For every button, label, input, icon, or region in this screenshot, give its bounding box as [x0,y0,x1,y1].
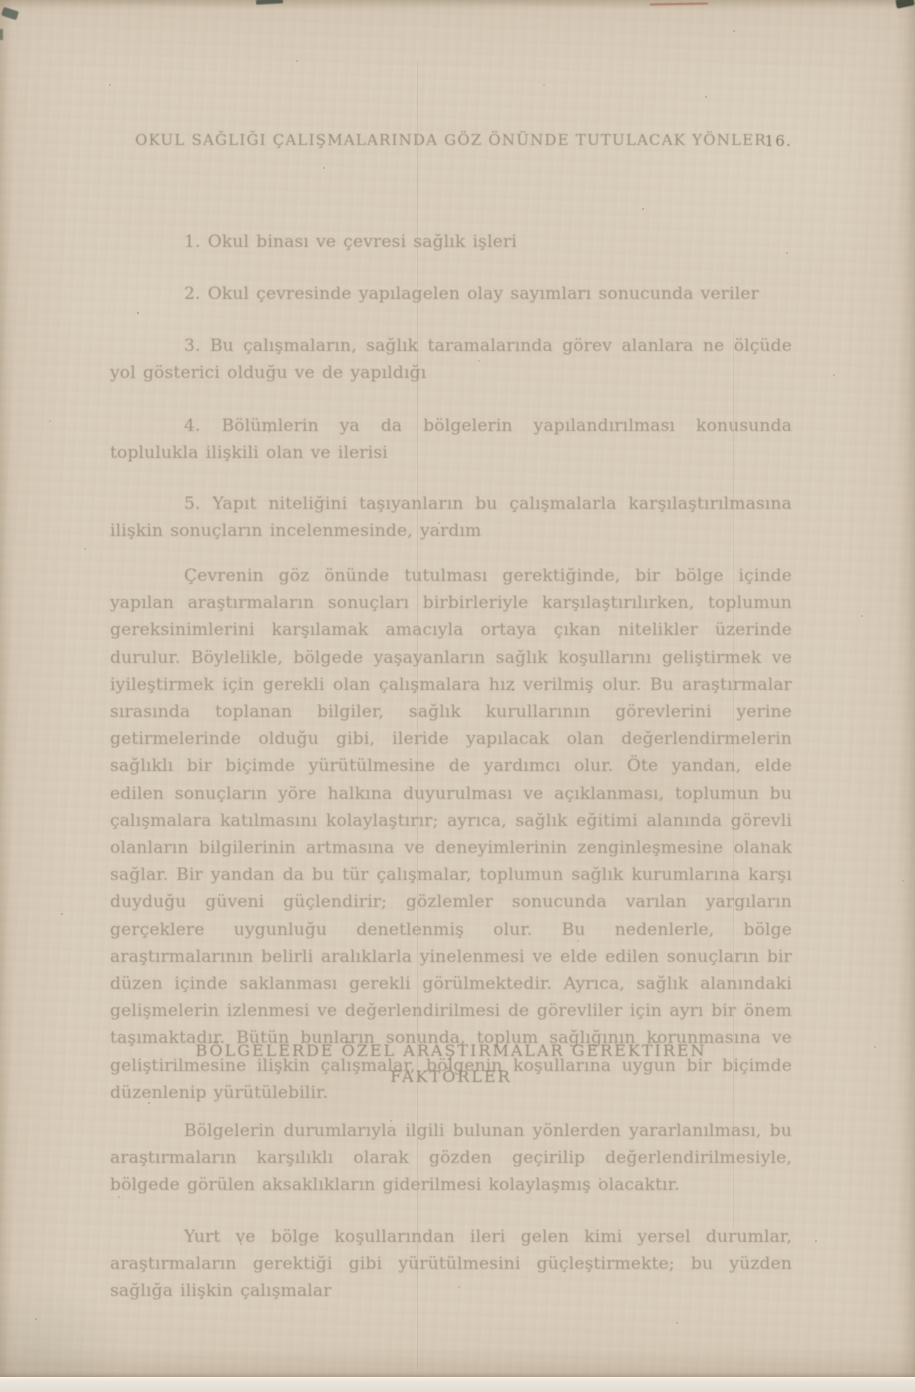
list-item-5: 5. Yapıt niteliğini taşıyanların bu çalı… [110,491,792,545]
closing-paragraph-1: Bölgelerin durumlarıyla ilgili bulunan y… [110,1118,792,1200]
list-item-2: 2. Okul çevresinde yapılagelen olay sayı… [110,281,792,308]
paper-sheet: OKUL SAĞLIĞI ÇALIŞMALARINDA GÖZ ÖNÜNDE T… [0,0,915,1378]
page-content: OKUL SAĞLIĞI ÇALIŞMALARINDA GÖZ ÖNÜNDE T… [0,0,915,1378]
scanner-background-strip [0,1377,915,1392]
list-item-4: 4. Bölümlerin ya da bölgelerin yapılandı… [110,413,792,467]
running-title: OKUL SAĞLIĞI ÇALIŞMALARINDA GÖZ ÖNÜNDE T… [110,131,792,149]
running-title-text: OKUL SAĞLIĞI ÇALIŞMALARINDA GÖZ ÖNÜNDE T… [135,131,767,149]
section-heading-line2: FAKTÖRLER [110,1064,792,1090]
section-heading-line1: BÖLGELERDE ÖZEL ARAŞTIRMALAR GEREKTİREN [110,1038,792,1064]
scanned-document-page: OKUL SAĞLIĞI ÇALIŞMALARINDA GÖZ ÖNÜNDE T… [0,0,915,1392]
section-heading: BÖLGELERDE ÖZEL ARAŞTIRMALAR GEREKTİREN … [110,1038,792,1090]
main-paragraph: Çevrenin göz önünde tutulması gerektiğin… [110,563,792,1107]
closing-paragraph-2: Yurt ve bölge koşullarından ileri gelen … [110,1224,792,1306]
list-item-1: 1. Okul binası ve çevresi sağlık işleri [110,229,792,256]
running-title-number: 16. [765,132,792,150]
list-item-3: 3. Bu çalışmaların, sağlık taramalarında… [110,333,792,387]
